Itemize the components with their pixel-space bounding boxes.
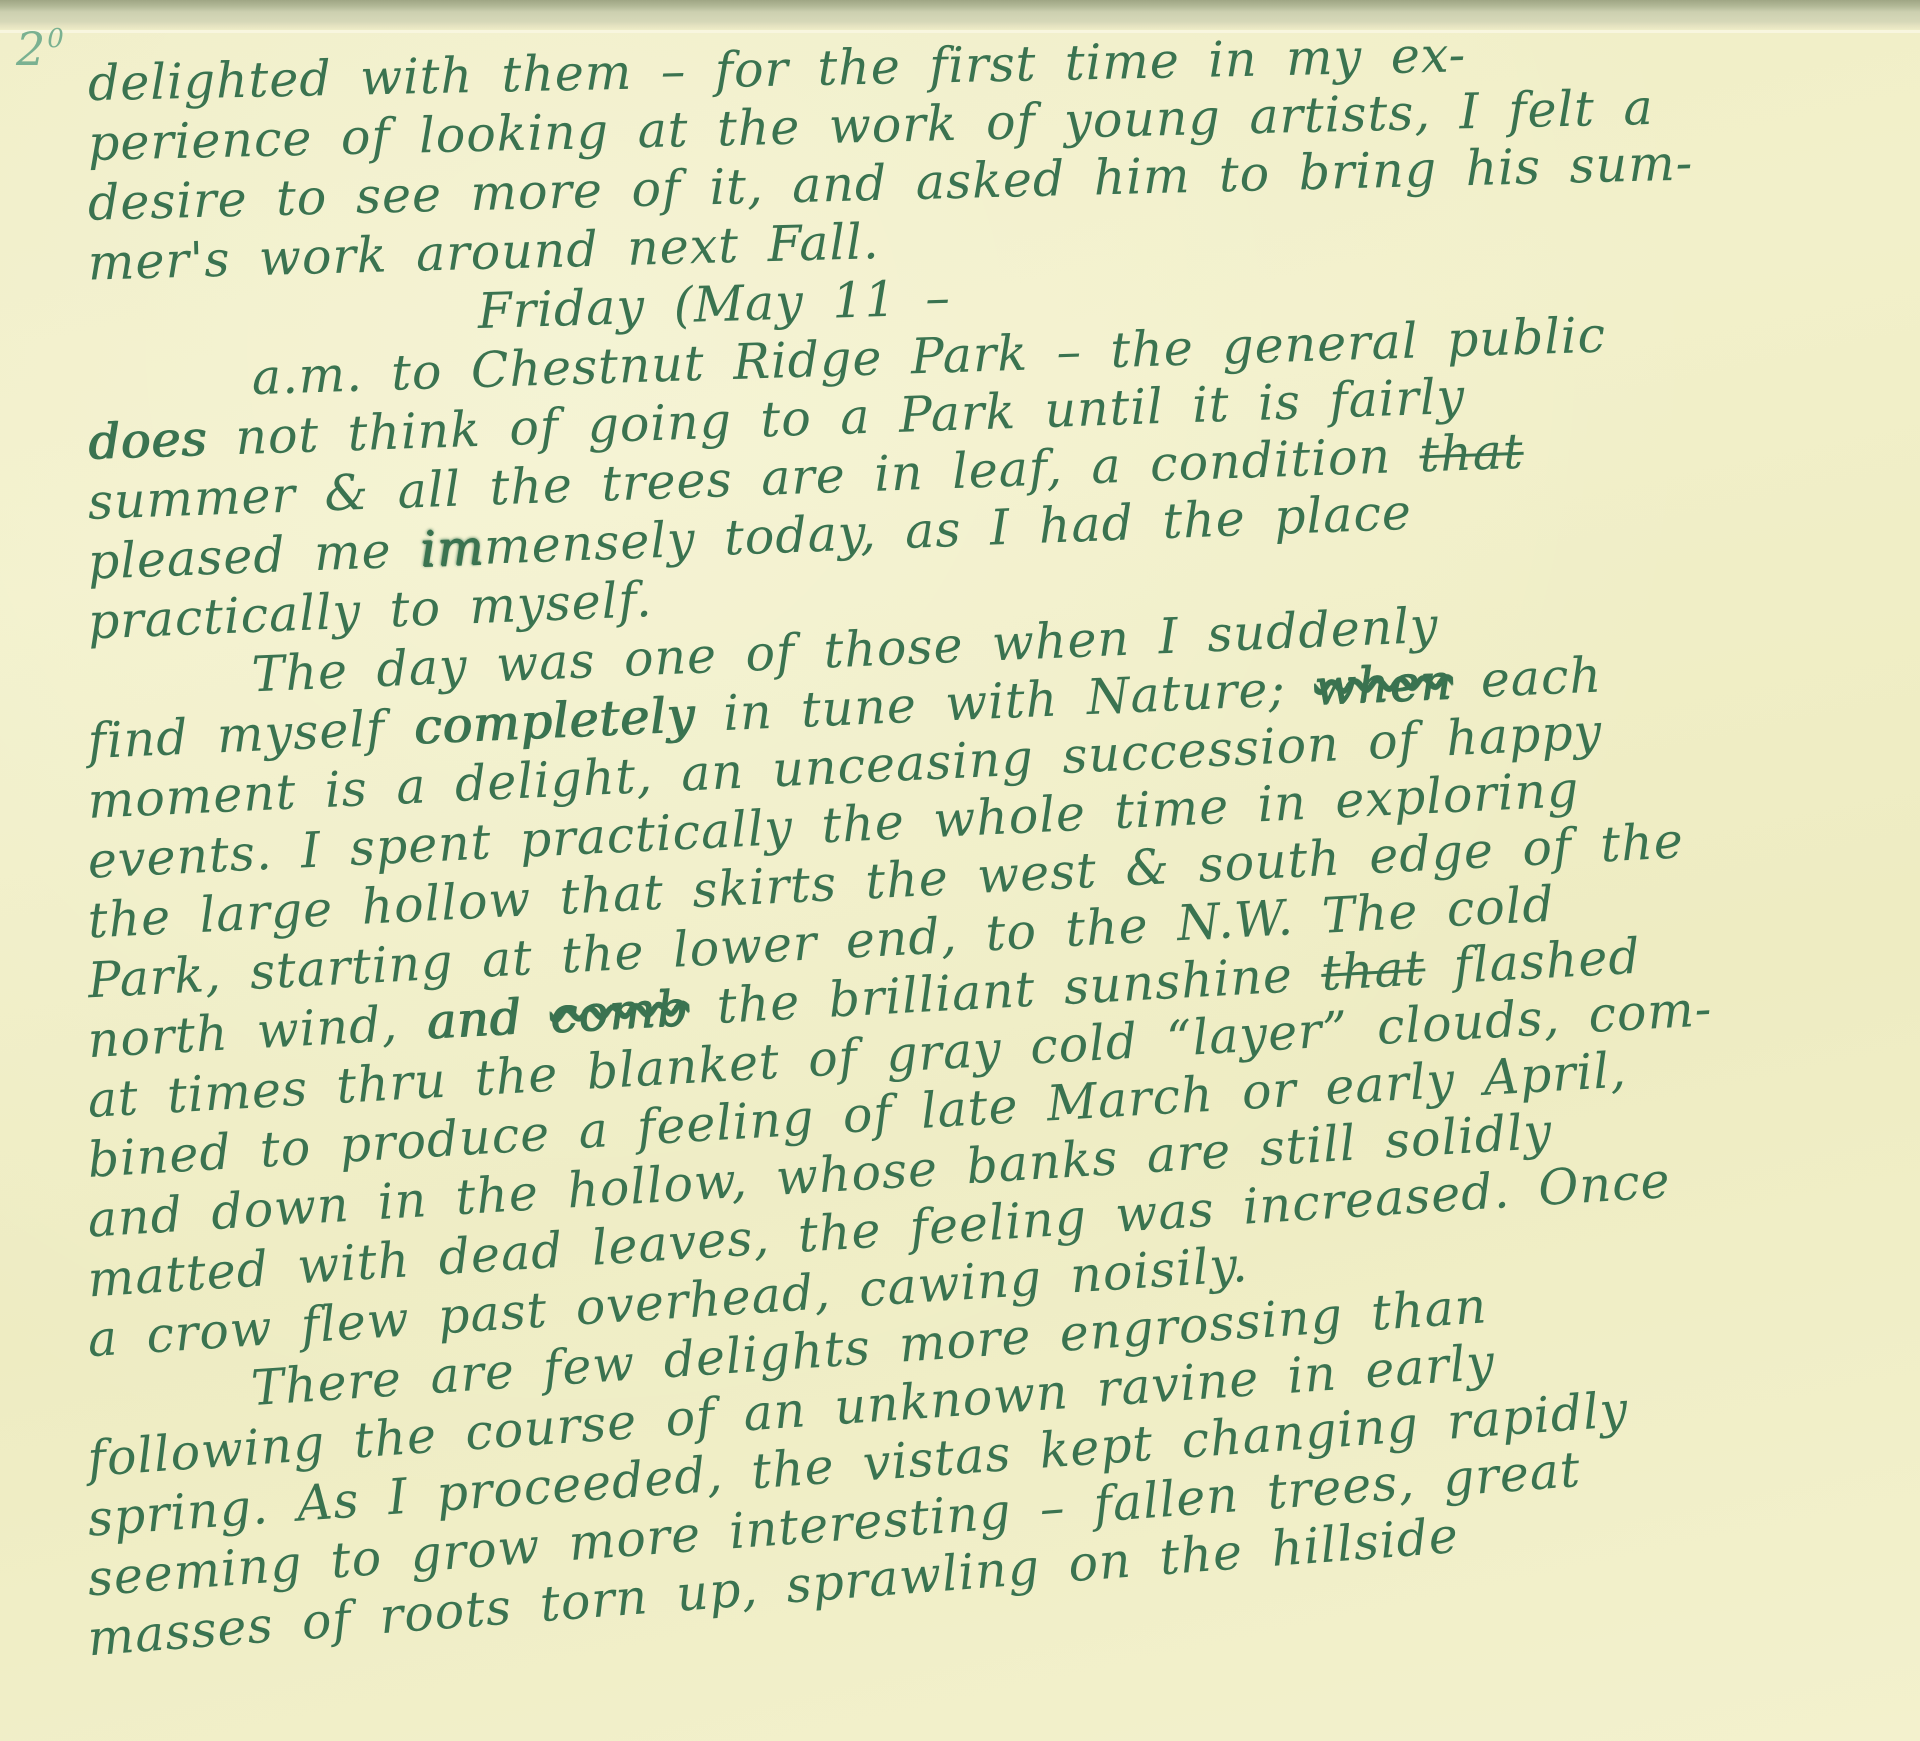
text-segment: im bbox=[419, 519, 485, 578]
journal-page: 20 delighted with them – for the first t… bbox=[0, 0, 1920, 1741]
page-number-superscript: 0 bbox=[47, 24, 66, 54]
struck-out-word: comb bbox=[548, 980, 690, 1044]
text-segment bbox=[520, 987, 552, 1045]
struck-out-word: that bbox=[1418, 423, 1524, 484]
handwriting-lines: delighted with them – for the first time… bbox=[0, 56, 1920, 1676]
text-segment: and bbox=[425, 989, 523, 1051]
struck-out-word: when bbox=[1313, 653, 1453, 716]
text-segment: each bbox=[1451, 647, 1603, 711]
struck-out-word: that bbox=[1320, 939, 1427, 1002]
text-segment: does bbox=[87, 410, 208, 471]
